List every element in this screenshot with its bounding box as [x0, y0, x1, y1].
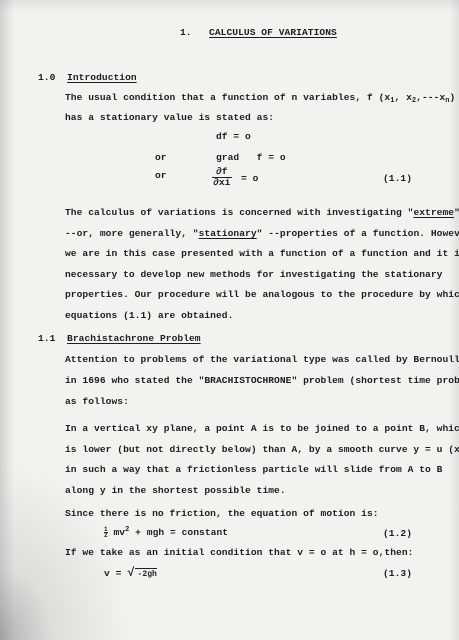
- paragraph-line: The calculus of variations is concerned …: [65, 207, 459, 218]
- chapter-heading: 1. CALCULUS OF VARIATIONS: [180, 27, 337, 38]
- chapter-title: CALCULUS OF VARIATIONS: [209, 27, 337, 38]
- equation-label-1-1: (1.1): [383, 173, 412, 184]
- document-page: 1. CALCULUS OF VARIATIONS 1.0 Introducti…: [0, 0, 459, 640]
- radicand: -2gh: [135, 568, 157, 579]
- chapter-number: 1.: [180, 27, 192, 38]
- section-number: 1.0: [38, 72, 55, 83]
- paragraph-line: as follows:: [65, 396, 129, 407]
- paragraph-line: properties. Our procedure will be analog…: [65, 289, 459, 300]
- initial-condition: If we take as an initial condition that …: [65, 547, 413, 558]
- section-number: 1.1: [38, 333, 55, 344]
- partial-derivative-fraction: ∂f ∂xi: [212, 167, 232, 188]
- equation-grad: grad f = o: [216, 152, 286, 163]
- equation-label-1-2: (1.2): [383, 528, 412, 539]
- paragraph-line: we are in this case presented with a fun…: [65, 248, 459, 259]
- section-heading-1-0: 1.0 Introduction: [38, 72, 137, 83]
- paragraph-line: along y in the shortest possible time.: [65, 485, 286, 496]
- section-title: Brachistachrone Problem: [67, 333, 201, 344]
- motion-intro: Since there is no friction, the equation…: [65, 508, 379, 519]
- equation-label-1-3: (1.3): [383, 568, 412, 579]
- paragraph-line: --or, more generally, "stationary" --pro…: [65, 228, 459, 239]
- equation-energy: 12 mv2 + mgh = constant: [104, 526, 228, 538]
- equation-rhs: = o: [241, 173, 258, 184]
- paragraph-line: in such a way that a frictionless partic…: [65, 464, 442, 475]
- paragraph-line: Attention to problems of the variational…: [65, 354, 459, 365]
- paragraph-line: equations (1.1) are obtained.: [65, 310, 233, 321]
- paragraph-line: In a vertical xy plane, a point A is to …: [65, 423, 459, 434]
- paragraph-line: in 1696 who stated the "BRACHISTOCHRONE"…: [65, 375, 459, 386]
- intro-line-2: has a stationary value is stated as:: [65, 112, 274, 123]
- term-extreme: extreme: [413, 207, 454, 218]
- paragraph-line: necessary to develop new methods for inv…: [65, 269, 442, 280]
- paragraph-line: is lower (but not directly below) than A…: [65, 444, 459, 455]
- term-stationary: stationary: [199, 228, 257, 239]
- section-title: Introduction: [67, 72, 137, 83]
- equation-df: df = o: [216, 131, 251, 142]
- section-heading-1-1: 1.1 Brachistachrone Problem: [38, 333, 201, 344]
- or-label-1: or: [155, 152, 167, 163]
- radical-sign: √: [127, 566, 134, 580]
- or-label-2: or: [155, 170, 167, 181]
- fraction-denominator: ∂xi: [212, 178, 232, 188]
- equation-velocity: v = √ -2gh: [104, 566, 157, 580]
- intro-line-1: The usual condition that a function of n…: [65, 92, 455, 105]
